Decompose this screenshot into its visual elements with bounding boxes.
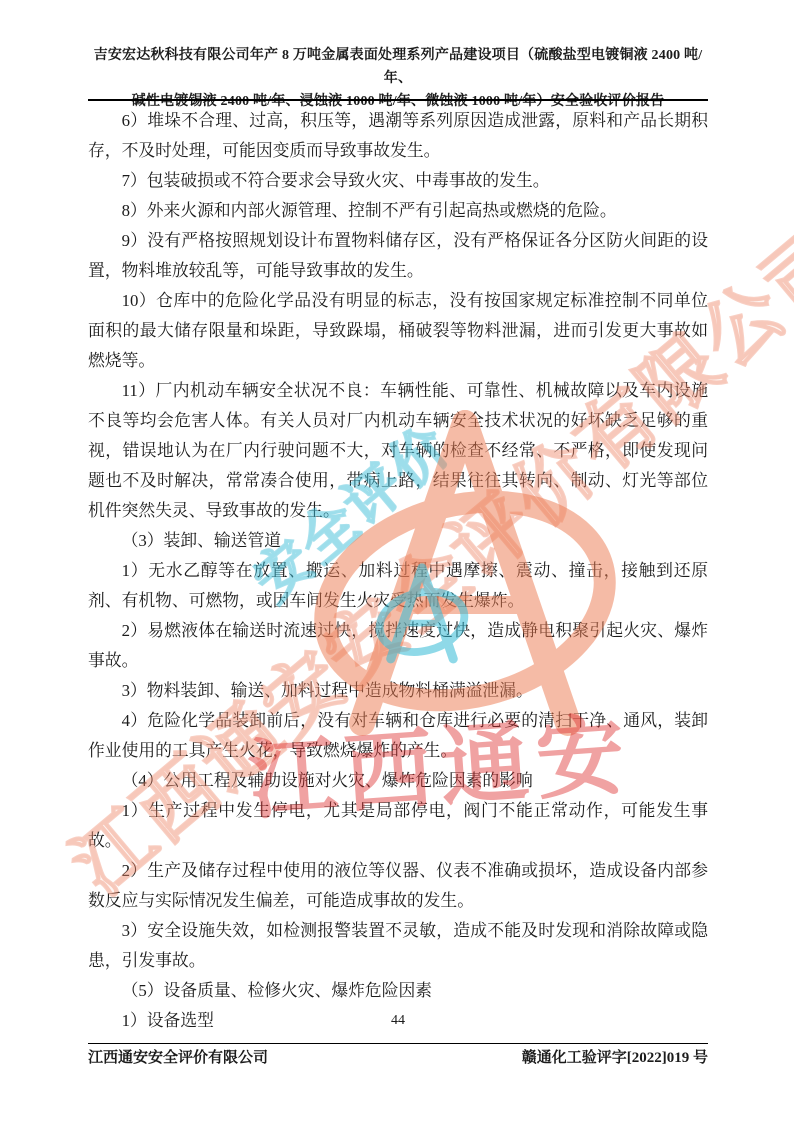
paragraph: 2）生产及储存过程中使用的液位等仪器、仪表不准确或损坏，造成设备内部参数反应与实… bbox=[88, 856, 708, 916]
paragraph: 8）外来火源和内部火源管理、控制不严有引起高热或燃烧的危险。 bbox=[88, 196, 708, 226]
footer-rule bbox=[88, 1043, 708, 1044]
paragraph: 7）包装破损或不符合要求会导致火灾、中毒事故的发生。 bbox=[88, 166, 708, 196]
paragraph: 3）物料装卸、输送、加料过程中造成物料桶满溢泄漏。 bbox=[88, 676, 708, 706]
paragraph: 9）没有严格按照规划设计布置物料储存区，没有严格保证各分区防火间距的设置，物料堆… bbox=[88, 226, 708, 286]
paragraph: 1）无水乙醇等在放置、搬运、加料过程中遇摩擦、震动、撞击，接触到还原剂、有机物、… bbox=[88, 556, 708, 616]
footer-doc-number: 赣通化工验评字[2022]019 号 bbox=[522, 1047, 708, 1069]
page-footer: 44 江西通安安全评价有限公司 赣通化工验评字[2022]019 号 bbox=[88, 1012, 708, 1069]
paragraph: 1）生产过程中发生停电，尤其是局部停电，阀门不能正常动作，可能发生事故。 bbox=[88, 796, 708, 856]
page-number: 44 bbox=[88, 1012, 708, 1030]
paragraph: 3）安全设施失效，如检测报警装置不灵敏，造成不能及时发现和消除故障或隐患，引发事… bbox=[88, 916, 708, 976]
paragraph: 2）易燃液体在输送时流速过快，搅拌速度过快，造成静电积聚引起火灾、爆炸事故。 bbox=[88, 616, 708, 676]
report-body: 6）堆垛不合理、过高，积压等，遇潮等系列原因造成泄露，原料和产品长期积存，不及时… bbox=[88, 106, 708, 1036]
document-page: 吉安宏达秋科技有限公司年产 8 万吨金属表面处理系列产品建设项目（硫酸盐型电镀铜… bbox=[0, 0, 794, 1123]
report-title-line1: 吉安宏达秋科技有限公司年产 8 万吨金属表面处理系列产品建设项目（硫酸盐型电镀铜… bbox=[88, 44, 708, 90]
paragraph: 10）仓库中的危险化学品没有明显的标志，没有按国家规定标准控制不同单位面积的最大… bbox=[88, 286, 708, 376]
footer-company: 江西通安安全评价有限公司 bbox=[88, 1047, 268, 1069]
report-title: 吉安宏达秋科技有限公司年产 8 万吨金属表面处理系列产品建设项目（硫酸盐型电镀铜… bbox=[88, 44, 708, 113]
paragraph: 11）厂内机动车辆安全状况不良：车辆性能、可靠性、机械故障以及车内设施不良等均会… bbox=[88, 376, 708, 526]
section-heading: （3）装卸、输送管道 bbox=[88, 526, 708, 556]
paragraph: 6）堆垛不合理、过高，积压等，遇潮等系列原因造成泄露，原料和产品长期积存，不及时… bbox=[88, 106, 708, 166]
header-rule bbox=[88, 99, 708, 101]
section-heading: （4）公用工程及辅助设施对火灾、爆炸危险因素的影响 bbox=[88, 766, 708, 796]
section-heading: （5）设备质量、检修火灾、爆炸危险因素 bbox=[88, 976, 708, 1006]
paragraph: 4）危险化学品装卸前后，没有对车辆和仓库进行必要的清扫干净、通风，装卸作业使用的… bbox=[88, 706, 708, 766]
